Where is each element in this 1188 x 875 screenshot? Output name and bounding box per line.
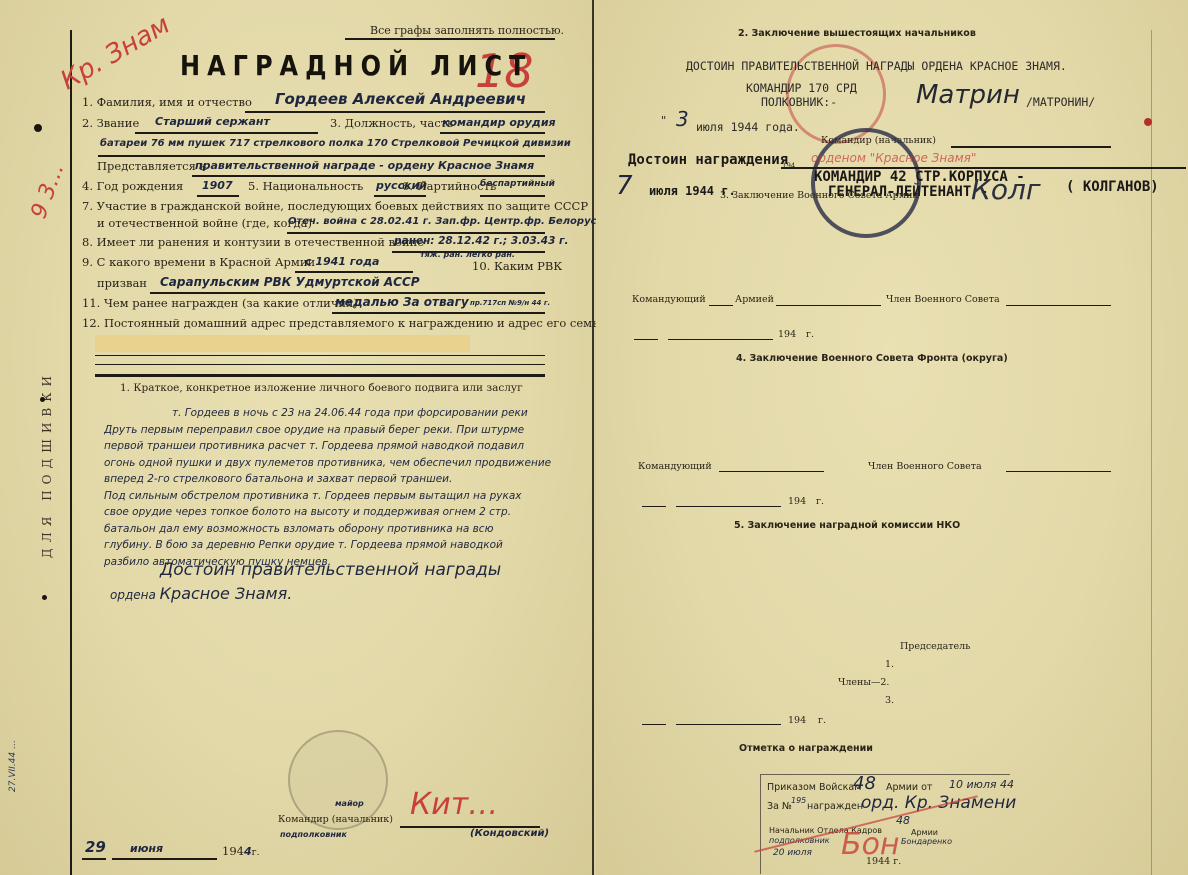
field-rvk-label: 10. Каким РВК xyxy=(472,261,562,273)
date-blank-year: 194 xyxy=(778,330,796,340)
date-year-prefix: 194 xyxy=(222,844,244,858)
signature-underline xyxy=(951,146,1111,148)
redacted-address xyxy=(95,335,470,352)
punch-hole-icon xyxy=(1144,118,1152,126)
date-3-day: 3 xyxy=(676,109,689,129)
field-underline xyxy=(440,132,545,134)
narrative-line: батальон дал ему возможность взломать об… xyxy=(104,521,564,538)
head-name: Бондаренко xyxy=(901,838,952,846)
printed-year: 194 xyxy=(782,163,795,170)
army-number: 48 xyxy=(853,775,876,793)
field-underline xyxy=(642,506,666,507)
presented-label: Представляется к xyxy=(97,161,207,173)
army-commander-label: Командующий xyxy=(632,295,706,305)
field-underline xyxy=(719,471,824,472)
field-underline xyxy=(1006,305,1111,306)
narrative-line: глубину. В бою за деревню Репки орудие т… xyxy=(104,537,564,554)
field-underline xyxy=(98,155,545,157)
field-birth-year-value: 1907 xyxy=(202,180,233,191)
stamp-date: 20 июля xyxy=(773,849,812,858)
field-underline xyxy=(776,305,881,306)
field-war-participation-value: Отеч. война с 28.02.41 г. Зап.фр. Центр.… xyxy=(288,217,621,227)
corps-commander-name: ( КОЛГАНОВ) xyxy=(1066,180,1159,194)
council-member-label: Член Военного Совета xyxy=(886,295,1000,305)
typed-conclusion: ДОСТОИН ПРАВИТЕЛЬСТВЕННОЙ НАГРАДЫ ОРДЕНА… xyxy=(686,61,1067,73)
red-approval-signature: Бон xyxy=(841,830,900,860)
member-1-label: 1. xyxy=(885,660,894,670)
feat-conclusion: Достоин правительственной награды xyxy=(160,560,501,580)
field-name-label: 1. Фамилия, имя и отчество xyxy=(82,97,252,109)
field-underline xyxy=(95,364,545,365)
field-underline xyxy=(135,132,318,134)
date-year: 1944г. xyxy=(222,846,260,858)
narrative-line: Друть первым переправил свое орудие на п… xyxy=(104,422,564,439)
army-from-label: Армии от xyxy=(886,783,932,793)
typed-commander-name: /МАТРОНИН/ xyxy=(1026,97,1095,109)
date-blank-unit: г. xyxy=(818,716,826,726)
field-underline xyxy=(82,858,106,860)
field-position-value: командир орудия xyxy=(442,117,556,128)
instruction-text: Все графы заполнять полностью. xyxy=(370,24,564,37)
narrative-line: первой траншеи противника расчет т. Горд… xyxy=(104,438,564,455)
conclusion-award-name: Красное Знамя. xyxy=(160,584,293,603)
field-underline xyxy=(95,355,545,356)
field-underline xyxy=(1006,471,1111,472)
date-blank-year: 194 xyxy=(788,497,806,507)
binding-margin-line xyxy=(70,30,72,875)
army-label: Армией xyxy=(735,295,774,305)
narrative-line: Под сильным обстрелом противника т. Горд… xyxy=(104,488,564,505)
awarded-label: награжден xyxy=(807,802,863,812)
field-underline xyxy=(634,339,658,340)
narrative-line: свое орудие через топкое болото на высот… xyxy=(104,504,564,521)
document-title: НАГРАДНОЙ ЛИСТ xyxy=(180,50,532,82)
narrative-line: огонь одной пушки и двух пулеметов проти… xyxy=(104,455,564,472)
front-council-label: Член Военного Совета xyxy=(868,462,982,472)
member-2-label: Члены—2. xyxy=(838,678,889,688)
field-underline xyxy=(709,305,733,306)
field-war-participation-label-2: и отечественной войне (где, когда) xyxy=(97,218,312,230)
field-service-since-label: 9. С какого времени в Красной Армии xyxy=(82,257,315,269)
field-underline xyxy=(150,292,545,294)
date-year-unit: г. xyxy=(252,847,260,858)
field-rvk-label-2: призван xyxy=(97,278,147,290)
field-underline xyxy=(295,271,413,273)
section-divider xyxy=(95,374,545,377)
field-rvk-value: Сарапульским РВК Удмуртской АССР xyxy=(160,276,420,288)
corps-signature: Колг xyxy=(971,176,1041,204)
field-unit-value: батареи 76 мм пушек 717 стрелкового полк… xyxy=(100,139,571,149)
field-underline xyxy=(287,232,545,234)
awarded-value: орд. Кр. Знамени xyxy=(861,795,1016,812)
punch-hole-icon xyxy=(40,397,45,402)
field-underline xyxy=(112,858,217,860)
narrative-line: т. Гордеев в ночь с 23 на 24.06.44 года … xyxy=(104,405,564,422)
signer-rank-above: майор xyxy=(335,800,364,808)
field-underline xyxy=(197,195,239,197)
field-previous-awards-note: пр.717сп №9/н 44 г. xyxy=(470,300,550,307)
award-mark-title: Отметка о награждении xyxy=(739,743,873,754)
feat-narrative: т. Гордеев в ночь с 23 на 24.06.44 года … xyxy=(104,405,564,570)
section5-title: 5. Заключение наградной комиссии НКО xyxy=(734,520,960,531)
typed-commander-rank: ПОЛКОВНИК:- xyxy=(761,97,837,109)
order-number: 195 xyxy=(791,797,806,805)
field-position-label: 3. Должность, часть xyxy=(330,118,453,130)
signer-rank-below: подполковник xyxy=(280,831,347,839)
margin-note: 27.VII.44 … xyxy=(8,740,18,792)
field-underline xyxy=(668,339,773,340)
chairman-label: Председатель xyxy=(900,642,970,652)
date-year-suffix: 4 xyxy=(244,845,252,858)
feat-conclusion-award: ордена Красное Знамя. xyxy=(110,584,292,603)
field-underline xyxy=(374,195,426,197)
date-3-rest: июля 1944 года. xyxy=(696,122,800,134)
typed-commander-title: КОМАНДИР 170 СРД xyxy=(746,83,857,95)
order-date: 10 июля 44 xyxy=(949,779,1014,790)
field-previous-awards-label: 11. Чем ранее награжден (за какие отличи… xyxy=(82,298,358,310)
award-sheet-front-page: ДЛЯ ПОДШИВКИ 27.VII.44 … Кр. Знам 9 3… 1… xyxy=(0,0,594,875)
narrative-line: вперед 2-го стрелкового батальона и захв… xyxy=(104,471,564,488)
section4-title: 4. Заключение Военного Совета Фронта (ок… xyxy=(736,353,1008,364)
date-blank-year: 194 xyxy=(788,716,806,726)
section1-title: 1. Краткое, конкретное изложение личного… xyxy=(120,382,523,394)
date-blank-unit: г. xyxy=(816,497,824,507)
field-rank-value: Старший сержант xyxy=(155,116,270,127)
commander-signature: Матрин xyxy=(916,82,1020,108)
field-underline xyxy=(332,312,545,314)
field-war-participation-label: 7. Участие в гражданской войне, последую… xyxy=(82,201,588,213)
field-underline xyxy=(480,195,545,197)
member-3-label: 3. xyxy=(885,696,894,706)
field-wounds-label: 8. Имеет ли ранения и контузии в отечест… xyxy=(82,237,424,249)
field-underline xyxy=(642,724,666,725)
award-record-stamp: Приказом Войскам 48 Армии от 10 июля 44 … xyxy=(760,774,1010,874)
section3-title: 3. Заключение Военного Совета Армии xyxy=(720,191,919,201)
award-sheet-back-page: 2. Заключение вышестоящих начальников ДО… xyxy=(596,0,1188,875)
punch-hole-icon xyxy=(34,124,42,132)
date-blank-unit: г. xyxy=(806,330,814,340)
date-3-open-quote: " xyxy=(661,115,666,127)
field-rank-label: 2. Звание xyxy=(82,118,139,130)
field-wounds-note: тяж. ран. легко ран. xyxy=(420,251,515,259)
presented-value: правительственной награде - ордену Красн… xyxy=(195,160,534,171)
signer-name: (Кондовский) xyxy=(470,829,549,839)
section2-title: 2. Заключение вышестоящих начальников xyxy=(738,28,976,39)
field-nationality-label: 5. Национальность xyxy=(248,181,363,193)
date-day: 29 xyxy=(85,840,106,855)
commander-label: Командир (начальник) xyxy=(278,815,393,825)
field-underline xyxy=(245,111,545,113)
red-annotation-number: 9 3… xyxy=(28,160,68,221)
date-7-day: 7 xyxy=(616,173,633,199)
order-label: Приказом Войскам xyxy=(767,783,861,793)
worthy-value: орденом "Красное Знамя" xyxy=(811,152,976,164)
field-name-value: Гордеев Алексей Андреевич xyxy=(275,92,526,107)
field-birth-year-label: 4. Год рождения xyxy=(82,181,183,193)
field-underline xyxy=(676,724,781,725)
field-previous-awards-value: медалью За отвагу xyxy=(335,296,469,308)
field-wounds-value: ранен: 28.12.42 г.; 3.03.43 г. xyxy=(394,236,569,247)
fold-line xyxy=(1151,30,1152,875)
field-underline xyxy=(676,506,781,507)
punch-hole-icon xyxy=(42,595,47,600)
field-address-label: 12. Постоянный домашний адрес представля… xyxy=(82,318,606,330)
worthy-label: Достоин награждения xyxy=(628,153,788,167)
field-underline xyxy=(192,175,545,177)
conclusion-prefix: ордена xyxy=(110,588,156,602)
divider xyxy=(345,38,555,40)
field-party-value: беспартийный xyxy=(480,180,555,189)
red-signature: Кит… xyxy=(410,790,498,820)
date-month: июня xyxy=(130,843,163,854)
number-label: За № xyxy=(767,802,792,812)
red-annotation-award: Кр. Знам xyxy=(57,12,175,95)
front-commander-label: Командующий xyxy=(638,462,712,472)
field-service-since-value: с 1941 года xyxy=(305,256,379,267)
head-army-label: Армии xyxy=(911,829,938,837)
